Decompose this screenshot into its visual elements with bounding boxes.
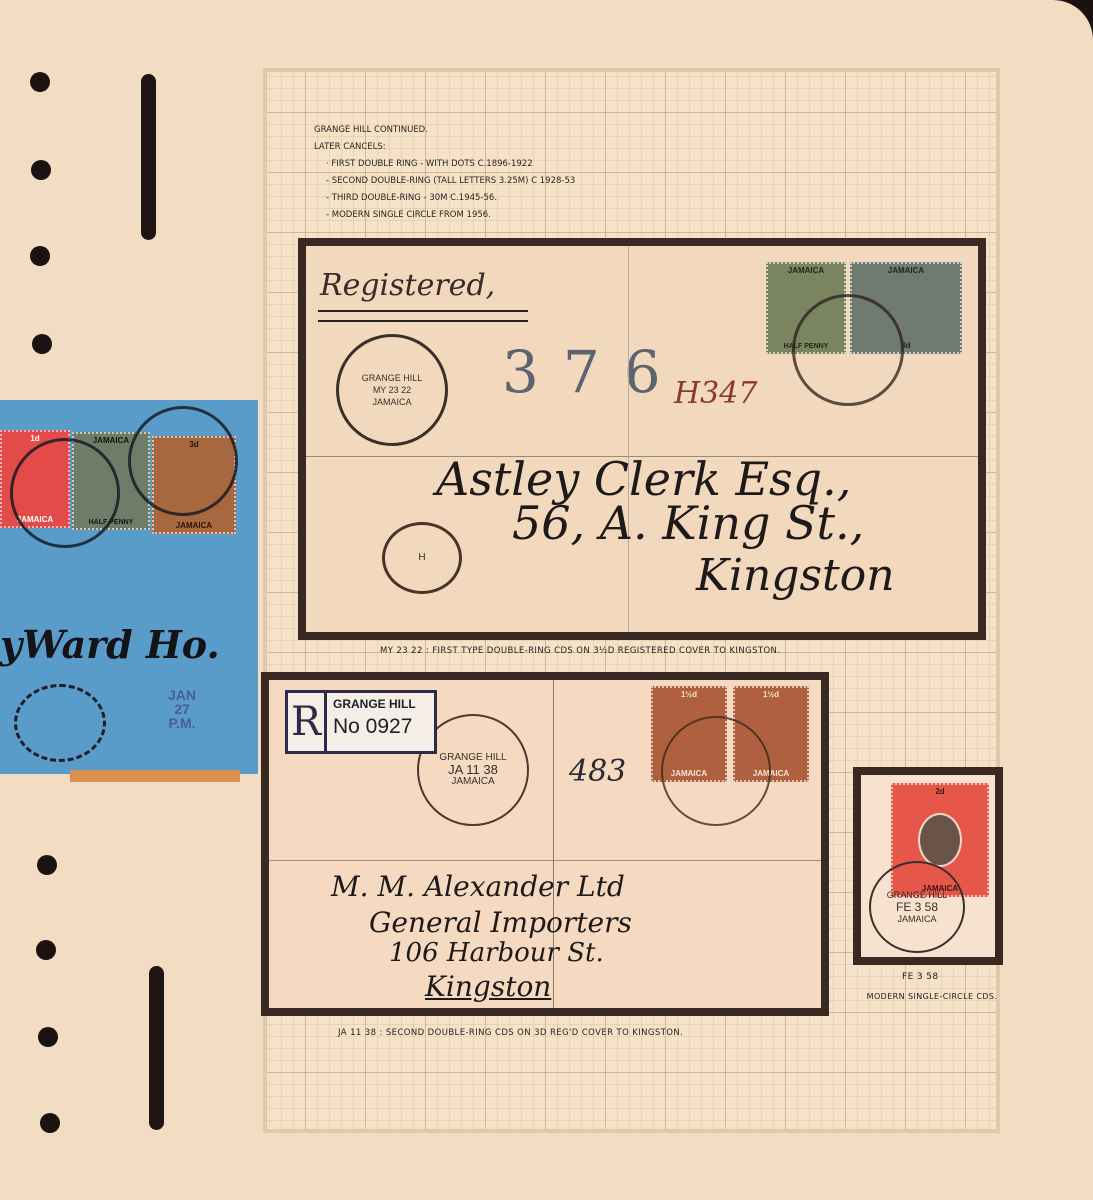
registered-text: Registered, — [320, 268, 495, 303]
album-page: Grange Hill Continued. Later Cancels: · … — [0, 0, 1093, 1200]
pencil-number: 483 — [569, 754, 626, 789]
notes-item: - Modern Single Circle from 1956. — [314, 207, 575, 224]
binder-hole — [30, 246, 50, 266]
binder-hole — [40, 1113, 60, 1133]
blue-envelope-fragment: 1d JAMAICA JAMAICA HALF PENNY 3d JAMAICA… — [0, 400, 258, 774]
piece-caption-text: Modern Single-Circle CDS. — [862, 990, 1002, 1004]
reg-number: No 0927 — [333, 715, 428, 739]
address-rule — [269, 860, 821, 861]
notes-subtitle: Later Cancels: — [314, 139, 575, 156]
cover1-stamp-cancel — [792, 294, 904, 406]
cover2-caption: JA 11 38 : Second Double-Ring CDS on 3d … — [338, 1028, 683, 1038]
reg-office: GRANGE HILL — [333, 697, 428, 711]
fragment-orange-edge — [70, 770, 240, 782]
h-handstamp: H — [382, 522, 462, 594]
piece-postmark: GRANGE HILL FE 3 58 JAMAICA — [869, 861, 965, 953]
notes-item: - Second Double-Ring (Tall Letters 3.25m… — [314, 173, 575, 190]
address-line: Kingston — [425, 970, 551, 1003]
cover2-stamp-cancel — [661, 716, 771, 826]
fragment-oval-mark — [14, 684, 106, 762]
fragment-postmark — [10, 438, 120, 548]
header-notes: Grange Hill Continued. Later Cancels: · … — [314, 122, 575, 224]
date-stamp: JAN 27 P.M. — [168, 688, 196, 730]
vertical-rule — [628, 246, 629, 632]
cover1-envelope: Registered, GRANGE HILL MY 23 22 JAMAICA… — [306, 246, 978, 632]
registered-underline — [318, 310, 528, 322]
address-line: M. M. Alexander Ltd — [331, 870, 625, 903]
notes-item: - Third Double-Ring - 30m c.1945-56. — [314, 190, 575, 207]
binder-hole — [31, 160, 51, 180]
address-line: 106 Harbour St. — [389, 938, 604, 968]
notes-title: Grange Hill Continued. — [314, 122, 575, 139]
reg-letter: R — [288, 693, 327, 751]
piece-caption-date: FE 3 58 — [902, 972, 939, 982]
cover1-postmark: GRANGE HILL MY 23 22 JAMAICA — [336, 334, 448, 446]
binder-hole — [37, 855, 57, 875]
pencil-number: 376 — [502, 338, 685, 406]
registration-label: R GRANGE HILL No 0927 — [285, 690, 437, 754]
address-line: 56, A. King St., — [512, 496, 864, 550]
queen-portrait — [918, 813, 962, 867]
red-number: H347 — [674, 376, 757, 411]
binder-slot — [141, 74, 156, 240]
binder-hole — [30, 72, 50, 92]
notes-item: · First Double Ring - With Dots c.1896-1… — [314, 156, 575, 173]
binder-hole — [32, 334, 52, 354]
binder-hole — [36, 940, 56, 960]
address-line: General Importers — [369, 906, 632, 939]
firm-name: yWard Ho. — [0, 622, 220, 667]
fragment-postmark — [128, 406, 238, 516]
address-line: Kingston — [696, 550, 895, 601]
binder-hole — [38, 1027, 58, 1047]
cover1-caption: MY 23 22 : First type Double-Ring CDS on… — [380, 646, 780, 656]
binder-slot — [149, 966, 164, 1130]
piece-paper: 2d JAMAICA GRANGE HILL FE 3 58 JAMAICA — [861, 775, 995, 957]
